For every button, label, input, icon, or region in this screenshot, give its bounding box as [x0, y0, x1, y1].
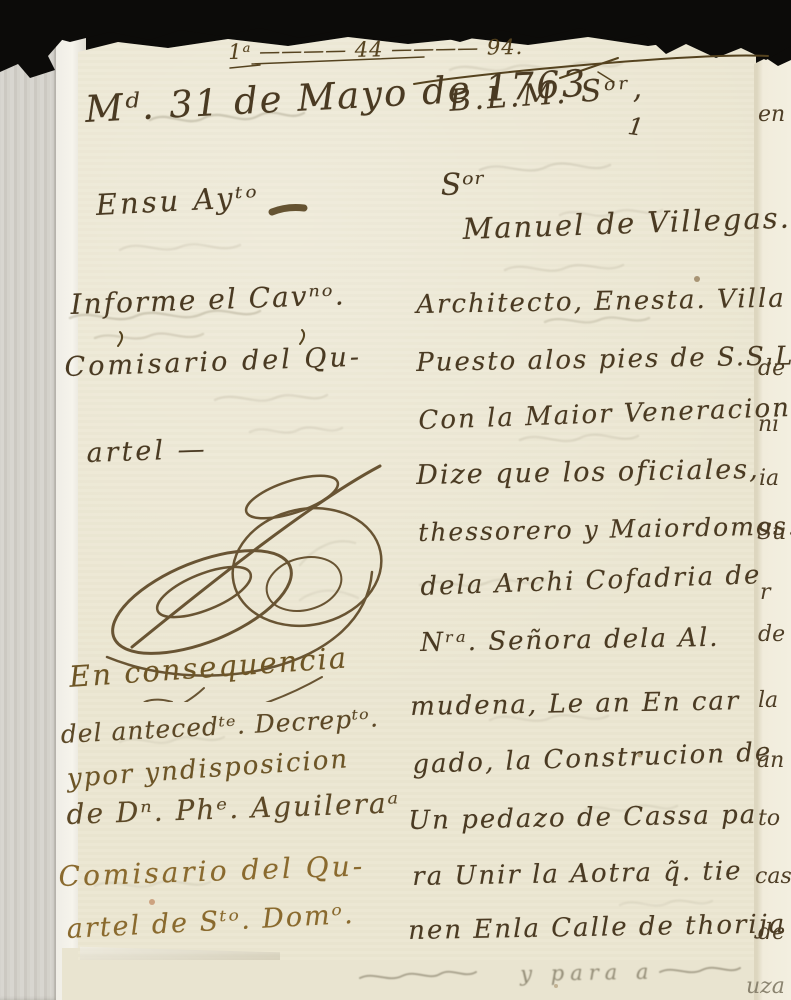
petition-line-pedazo-cassa: Un pedazo de Cassa pa [408, 800, 757, 836]
next-page-fragment: de [758, 622, 785, 647]
next-page-fragment: de [758, 356, 785, 381]
next-page-fragment: Su [757, 520, 786, 545]
next-page-fragment: to [758, 806, 780, 831]
petition-addressee: Sᵒʳ [440, 166, 487, 203]
underlying-page-text: y para a [520, 960, 655, 986]
next-page-fragment: ni [758, 412, 779, 437]
next-page-fragment: r [760, 580, 771, 605]
book-fore-edge [0, 0, 58, 1000]
next-page-fragment: uza [746, 974, 785, 999]
petition-line-puesto: Puesto alos pies de S.S.L., [416, 341, 791, 378]
next-page-fragment: an [757, 748, 784, 773]
petition-line-ra-unir: ra Unir la Aotra q̃. tie [412, 856, 743, 892]
next-page-fragment: en [758, 102, 785, 127]
petition-line-dize: Dize que los oficiales, [416, 454, 760, 491]
next-page-fragment: de [758, 920, 785, 945]
margin-note-artel-1: artel — [86, 434, 208, 469]
next-page-fragment: ia [759, 466, 779, 491]
manuscript-scan: 1ᵃ ———— 44 ———— 94. Mᵈ. 31 de Mayo de 17… [0, 0, 791, 1000]
next-page-fragment: la [758, 688, 778, 713]
next-page-fragment: cas [755, 864, 791, 889]
folio-numbers: 1ᵃ ———— 44 ———— 94. [228, 35, 523, 64]
petition-line-senora-almudena: Nʳᵃ. Señora dela Al. [420, 623, 720, 658]
petition-line-mudena: mudena, Le an En car [410, 686, 741, 722]
